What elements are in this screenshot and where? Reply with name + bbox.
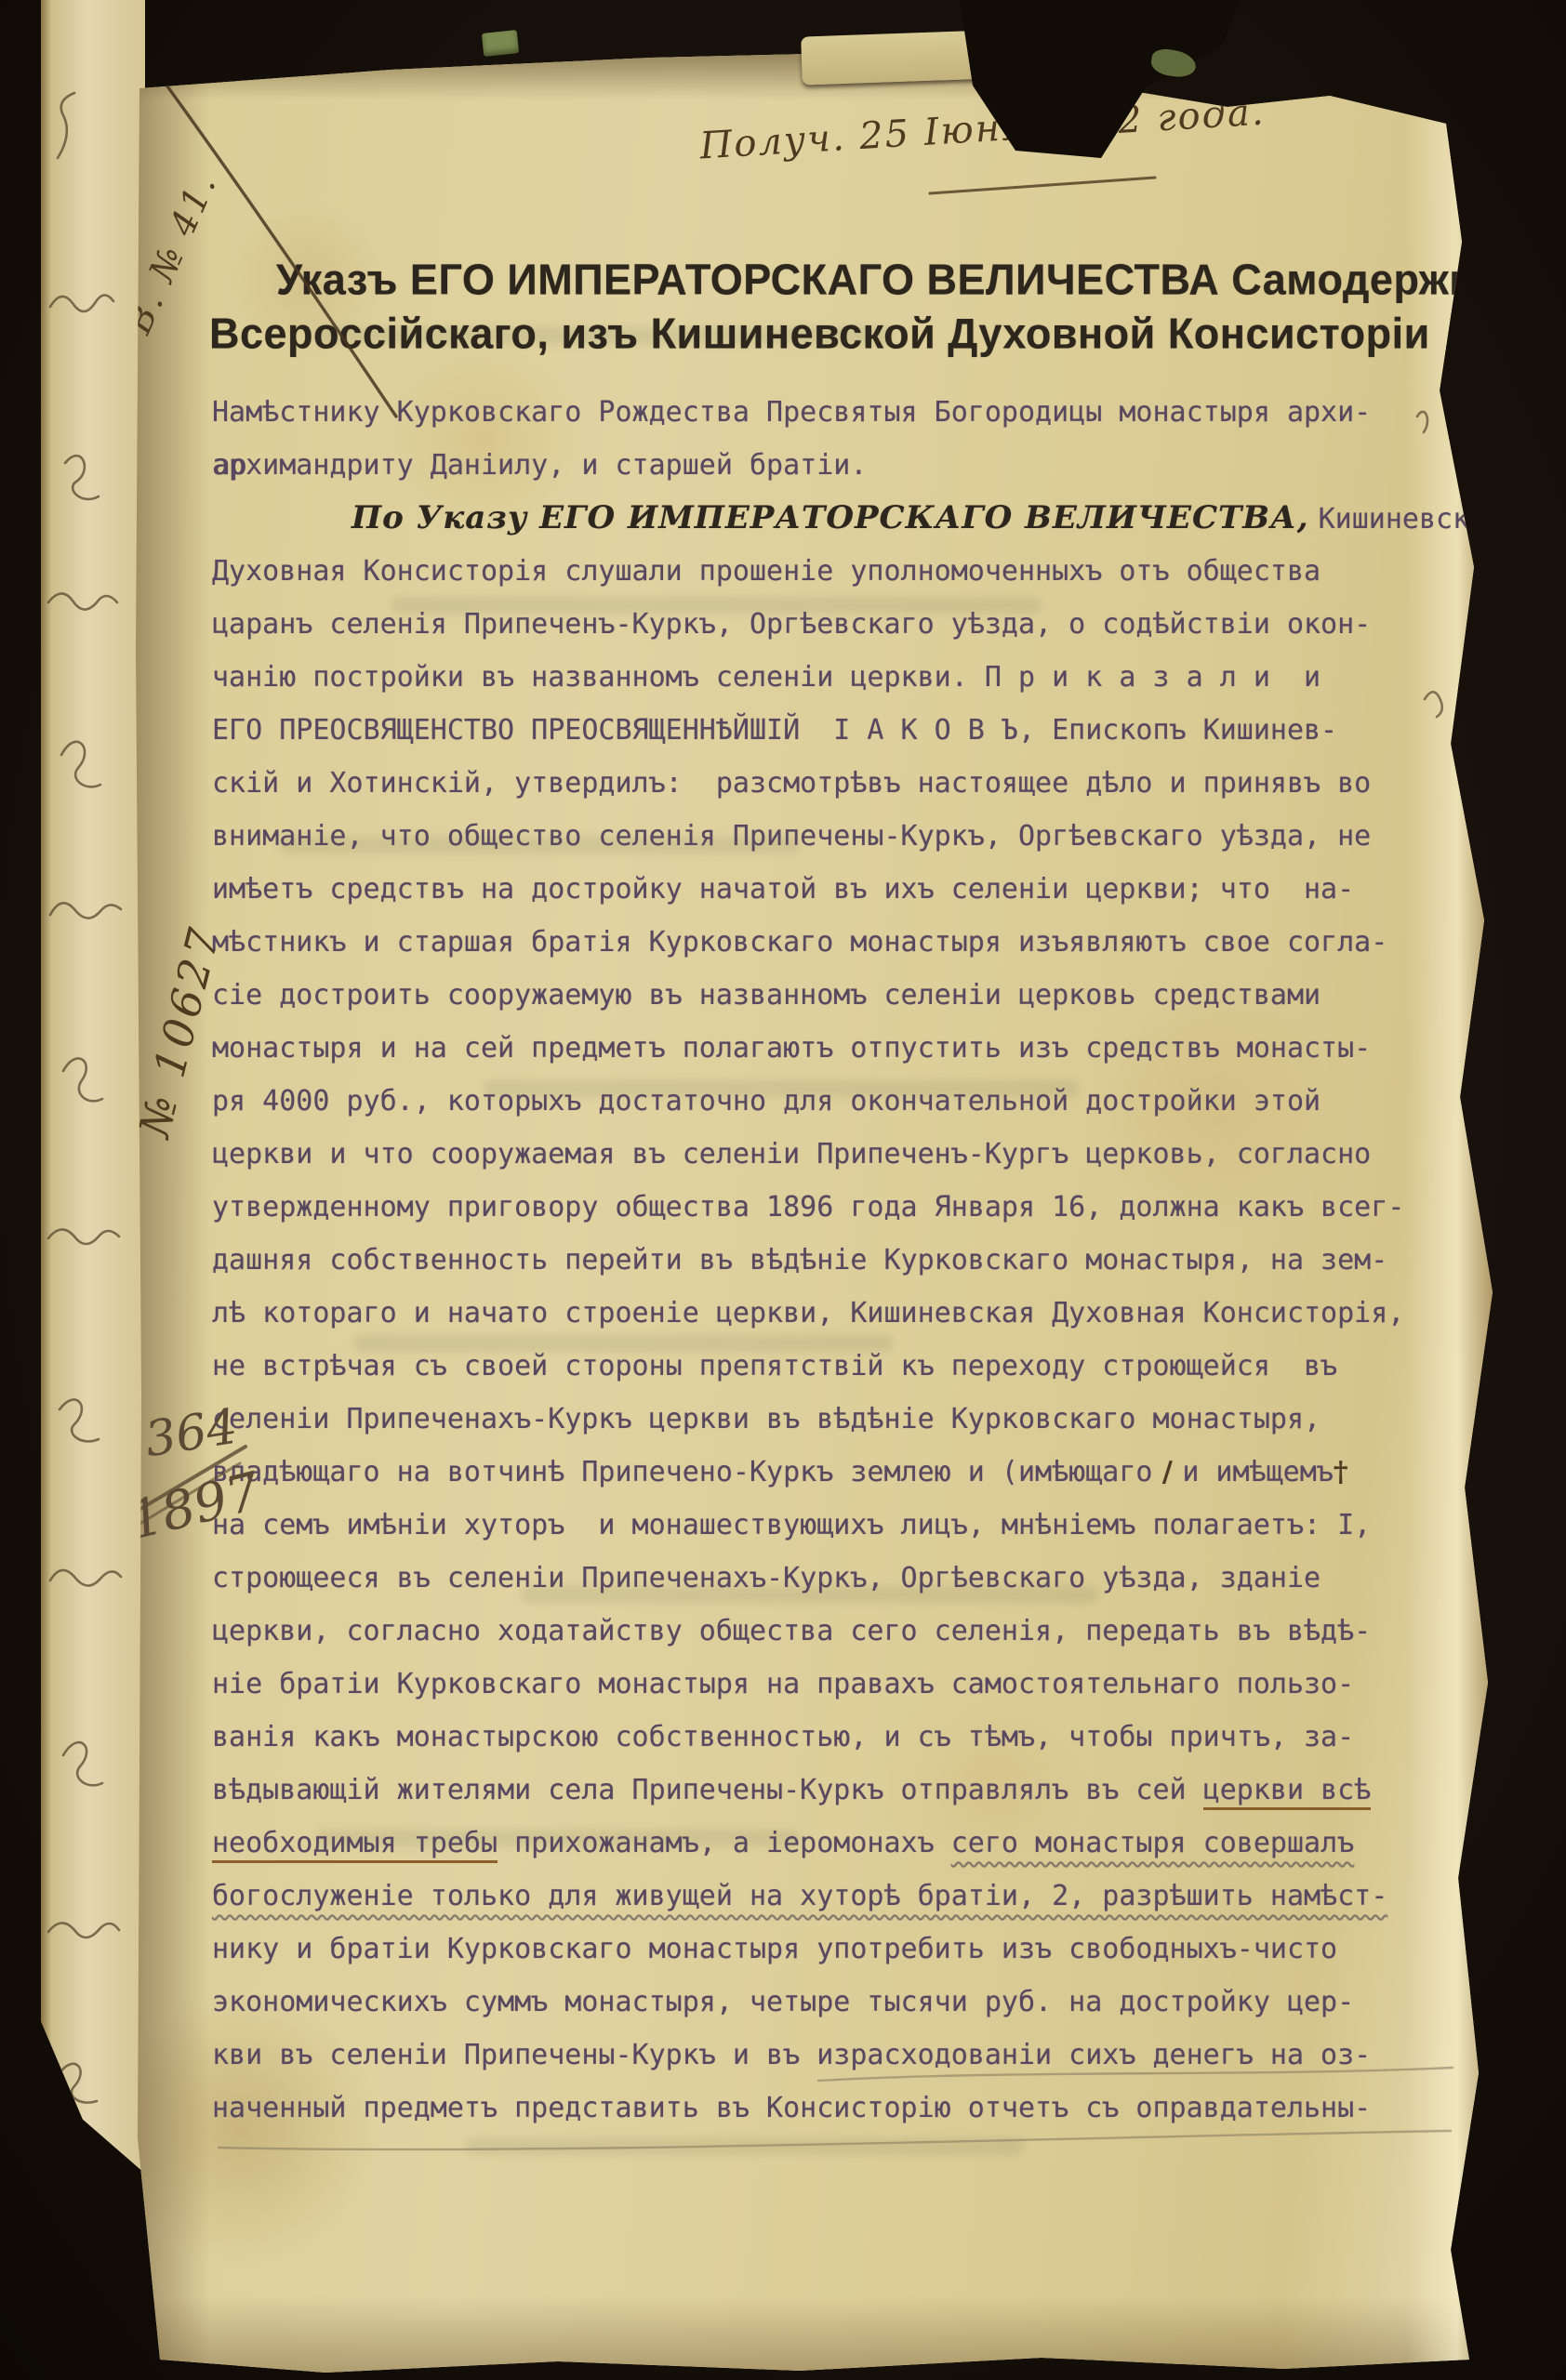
typed-line: церкви и что сооружаемая въ селеніи Прип… (212, 1128, 1430, 1181)
typed-line: богослуженіе только для живущей на хутор… (212, 1870, 1430, 1923)
typed-segment: монастыря и на сей предметъ полагаютъ от… (212, 1032, 1371, 1064)
typed-line: владѣющаго на вотчинѣ Припечено-Куркъ зе… (212, 1446, 1430, 1499)
typed-line: Духовная Консисторія слушали прошеніе уп… (212, 545, 1430, 598)
typed-line: Намѣстнику Курковскаго Рождества Пресвят… (212, 386, 1430, 439)
typed-segment: сіе достроить сооружаемую въ названномъ … (212, 979, 1320, 1011)
typed-line: вниманіе, что общество селенія Припечены… (212, 810, 1430, 863)
typed-segment: ніе братіи Курковскаго монастыря на прав… (212, 1668, 1354, 1700)
typed-line: дашняя собственность перейти въ вѣдѣніе … (212, 1234, 1430, 1287)
typed-segment: на семъ имѣніи хуторъ и монашествующихъ … (212, 1509, 1371, 1541)
typed-line: скій и Хотинскій, утвердилъ: разсмотрѣвъ… (212, 757, 1430, 810)
typed-line: вѣдывающій жителями села Припечены-Куркъ… (212, 1764, 1430, 1817)
typed-segment-u-wavy: богослуженіе только для живущей на хутор… (212, 1880, 1387, 1912)
green-paper-speck (1149, 47, 1197, 79)
typed-segment: кви въ селеніи Припечены-Куркъ и въ изра… (212, 2039, 1371, 2071)
typed-line: архимандриту Даніилу, и старшей братіи. (212, 439, 1430, 492)
typed-segment: дашняя собственность перейти въ вѣдѣніе … (212, 1244, 1387, 1276)
typed-line: По Указу ЕГО ИМПЕРАТОРСКАГО ВЕЛИЧЕСТВА,К… (212, 492, 1430, 545)
typed-line: не встрѣчая съ своей стороны препятствій… (212, 1340, 1430, 1393)
typed-line: царанъ селенія Припеченъ-Куркъ, Оргѣевск… (212, 598, 1430, 651)
typed-segment-overstruck: ар (212, 449, 246, 482)
typed-segment: прихожанамъ, а іеромонахъ (498, 1827, 951, 1859)
typed-line: экономическихъ суммъ монастыря, четыре т… (212, 1976, 1430, 2029)
typed-segment: Духовная Консисторія слушали прошеніе уп… (212, 555, 1320, 588)
typed-line: строющееся въ селеніи Припеченахъ-Куркъ,… (212, 1552, 1430, 1605)
typed-segment: утвержденному приговору общества 1896 го… (212, 1191, 1404, 1223)
folded-paper-fragment (801, 30, 993, 85)
left-page-edge (41, 0, 145, 2174)
typed-line: наченный предметъ представить въ Консист… (212, 2082, 1430, 2135)
heading-line-1: Указъ ЕГО ИМПЕРАТОРСКАГО ВЕЛИЧЕСТВА Само… (209, 252, 1446, 308)
typed-line: лѣ котораго и начато строеніе церкви, Ки… (212, 1287, 1430, 1340)
typed-segment: Кишиневская (1319, 503, 1504, 535)
typed-line: мѣстникъ и старшая братія Курковскаго мо… (212, 916, 1430, 969)
typed-segment-hand: † (1334, 1456, 1348, 1488)
typed-segment: лѣ котораго и начато строеніе церкви, Ки… (212, 1297, 1404, 1329)
typed-segment: наченный предметъ представить въ Консист… (212, 2092, 1371, 2124)
top-edge-shadow (0, 46, 1566, 100)
typed-body: Намѣстнику Курковскаго Рождества Пресвят… (212, 386, 1430, 2135)
typed-segment: скій и Хотинскій, утвердилъ: разсмотрѣвъ… (212, 767, 1371, 800)
typed-segment: церкви и что сооружаемая въ селеніи Прип… (212, 1138, 1371, 1170)
document-heading: Указъ ЕГО ИМПЕРАТОРСКАГО ВЕЛИЧЕСТВА Само… (209, 253, 1446, 361)
green-bookmark-tab (482, 30, 519, 57)
typed-segment-u-solid: необходимыя требы (212, 1827, 498, 1863)
handwriting-fragments (41, 0, 145, 2174)
typed-segment: ванія какъ монастырскою собственностью, … (212, 1721, 1354, 1753)
typed-segment: строющееся въ селеніи Припеченахъ-Куркъ,… (212, 1562, 1320, 1594)
typed-line: церкви, согласно ходатайству общества се… (212, 1605, 1430, 1658)
typed-segment: царанъ селенія Припеченъ-Куркъ, Оргѣевск… (212, 608, 1371, 641)
typed-segment: мѣстникъ и старшая братія Курковскаго мо… (212, 926, 1387, 959)
typed-line: сіе достроить сооружаемую въ названномъ … (212, 969, 1430, 1022)
typed-segment: владѣющаго на вотчинѣ Припечено-Куркъ зе… (212, 1456, 1152, 1488)
typed-segment: селеніи Припеченахъ-Куркъ церкви въ вѣдѣ… (212, 1403, 1320, 1435)
typed-segment: вниманіе, что общество селенія Припечены… (212, 820, 1371, 853)
typed-line: ніе братіи Курковскаго монастыря на прав… (212, 1658, 1430, 1711)
typed-segment: химандриту Даніилу, и старшей братіи. (246, 449, 867, 482)
typed-line: нику и братіи Курковскаго монастыря упот… (212, 1923, 1430, 1976)
heading-line-2: Всероссійскаго, изъ Кишиневской Духовной… (209, 306, 1446, 362)
gutter-shadow (136, 0, 210, 2380)
typed-line: имѣетъ средствъ на достройку начатой въ … (212, 863, 1430, 916)
typed-segment-ukaz: По Указу ЕГО ИМПЕРАТОРСКАГО ВЕЛИЧЕСТВА, (352, 499, 1319, 536)
typed-segment: экономическихъ суммъ монастыря, четыре т… (212, 1986, 1354, 2018)
typed-segment: чанію постройки въ названномъ селеніи це… (212, 661, 1320, 694)
typed-segment: и имѣщемъ (1182, 1456, 1334, 1488)
typed-line: на семъ имѣніи хуторъ и монашествующихъ … (212, 1499, 1430, 1552)
typed-line: ЕГО ПРЕОСВЯЩЕНСТВО ПРЕОСВЯЩЕННѢЙШІЙ І А … (212, 704, 1430, 757)
typed-line: необходимыя требы прихожанамъ, а іеромон… (212, 1817, 1430, 1870)
typed-segment-u-wavy: сего монастыря совершалъ (951, 1827, 1354, 1859)
typed-line: монастыря и на сей предметъ полагаютъ от… (212, 1022, 1430, 1075)
photo-background: Указъ ЕГО ИМПЕРАТОРСКАГО ВЕЛИЧЕСТВА Само… (0, 0, 1566, 2380)
typed-segment-u-solid: церкви всѣ (1203, 1774, 1372, 1810)
document-page: Указъ ЕГО ИМПЕРАТОРСКАГО ВЕЛИЧЕСТВА Само… (0, 0, 1566, 2380)
typed-segment: не встрѣчая съ своей стороны препятствій… (212, 1350, 1337, 1382)
typed-line: кви въ селеніи Припечены-Куркъ и въ изра… (212, 2029, 1430, 2082)
ink-bleed (465, 2138, 1023, 2155)
typed-segment: ЕГО ПРЕОСВЯЩЕНСТВО ПРЕОСВЯЩЕННѢЙШІЙ І А … (212, 714, 1337, 747)
bottom-edge-shadow (0, 2296, 1566, 2380)
typed-segment-hand: / (1152, 1456, 1182, 1488)
typed-line: чанію постройки въ названномъ селеніи це… (212, 651, 1430, 704)
typed-segment: вѣдывающій жителями села Припечены-Куркъ… (212, 1774, 1203, 1806)
typed-line: селеніи Припеченахъ-Куркъ церкви въ вѣдѣ… (212, 1393, 1430, 1446)
typed-segment: нику и братіи Курковскаго монастыря упот… (212, 1933, 1337, 1965)
typed-line: утвержденному приговору общества 1896 го… (212, 1181, 1430, 1234)
typed-segment: ря 4000 руб., которыхъ достаточно для ок… (212, 1085, 1320, 1117)
received-date-note: Получ. 25 Іюня 1902 года. (698, 90, 1267, 167)
typed-segment: имѣетъ средствъ на достройку начатой въ … (212, 873, 1354, 906)
typed-segment: Намѣстнику Курковскаго Рождества Пресвят… (212, 396, 1371, 429)
typed-line: ванія какъ монастырскою собственностью, … (212, 1711, 1430, 1764)
typed-segment: церкви, согласно ходатайству общества се… (212, 1615, 1371, 1647)
typed-line: ря 4000 руб., которыхъ достаточно для ок… (212, 1075, 1430, 1128)
